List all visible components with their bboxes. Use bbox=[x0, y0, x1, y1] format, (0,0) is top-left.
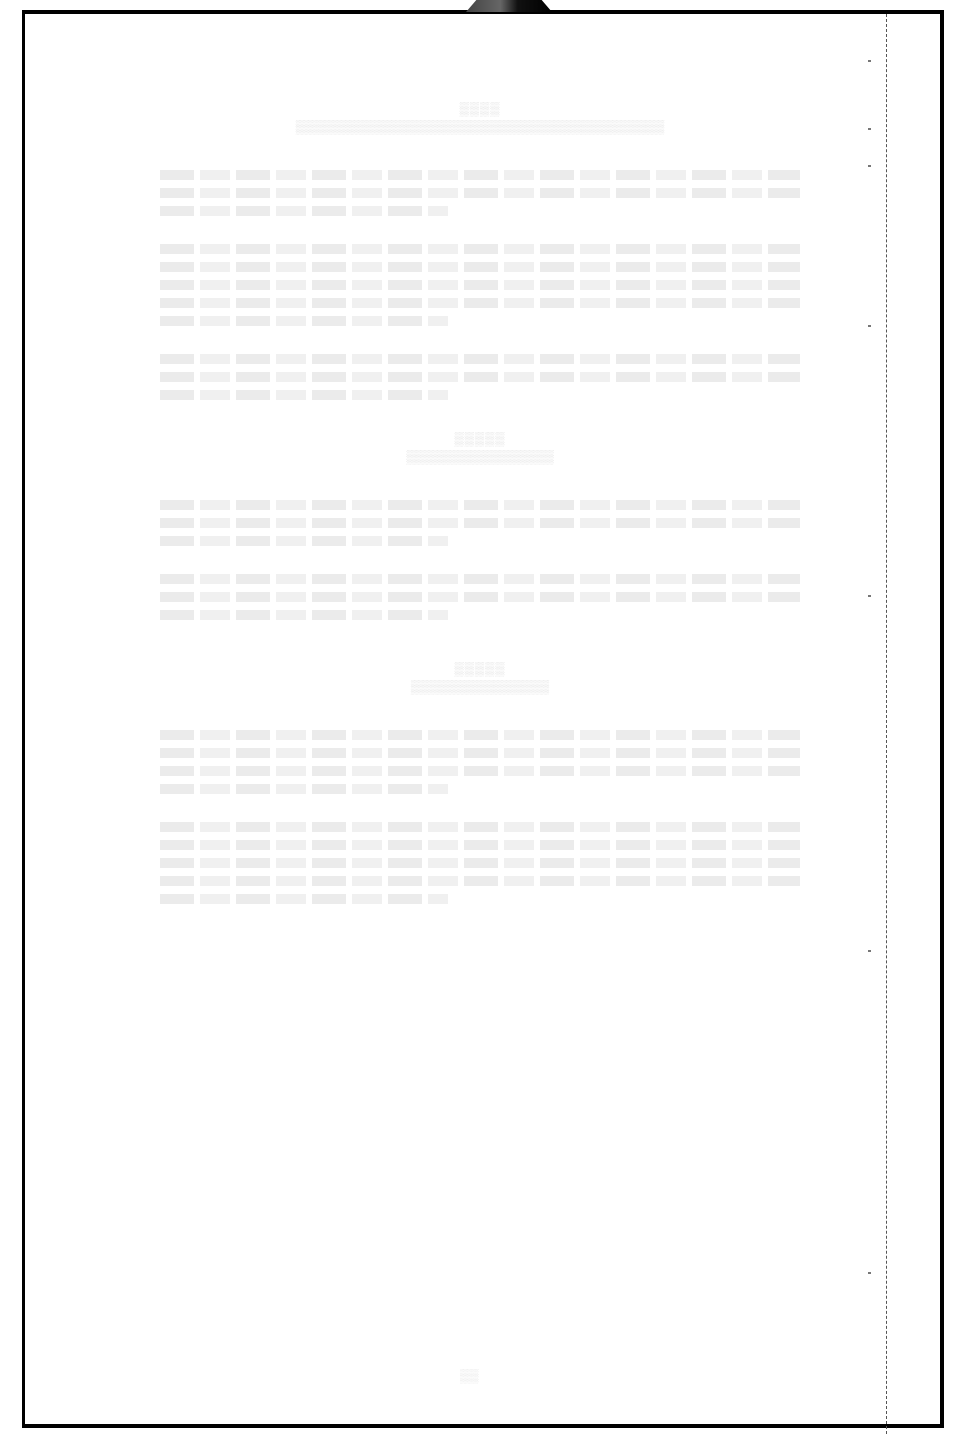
text-line bbox=[160, 188, 800, 198]
paragraph bbox=[160, 244, 800, 326]
margin-mark bbox=[868, 165, 871, 167]
margin-mark bbox=[868, 60, 871, 62]
paragraph bbox=[160, 500, 800, 546]
text-line bbox=[160, 840, 800, 850]
text-line bbox=[160, 206, 448, 216]
margin-mark bbox=[868, 950, 871, 952]
text-line bbox=[160, 536, 448, 546]
text-line bbox=[160, 262, 800, 272]
text-line bbox=[160, 372, 800, 382]
text-line bbox=[160, 354, 800, 364]
text-line bbox=[160, 500, 800, 510]
section-heading: ▒▒▒▒ bbox=[160, 100, 800, 118]
margin-dashed-line bbox=[886, 14, 887, 1434]
text-line bbox=[160, 894, 448, 904]
text-line bbox=[160, 822, 800, 832]
text-line bbox=[160, 170, 800, 180]
text-line bbox=[160, 244, 800, 254]
section-subheading: ▒▒▒▒▒▒▒▒▒▒▒▒▒▒▒▒▒▒▒▒▒▒▒▒▒▒▒▒▒▒▒▒▒▒▒▒▒▒▒▒ bbox=[160, 118, 800, 136]
text-line bbox=[160, 592, 800, 602]
scanner-notch bbox=[466, 0, 552, 12]
section-1: ▒▒▒▒▒▒▒▒▒▒▒▒▒▒▒▒▒▒▒▒▒▒▒▒▒▒▒▒▒▒▒▒▒▒▒▒▒▒▒▒… bbox=[160, 100, 800, 400]
section-2: ▒▒▒▒▒▒▒▒▒▒▒▒▒▒▒▒▒▒▒▒▒ bbox=[160, 430, 800, 620]
text-line bbox=[160, 316, 448, 326]
text-line bbox=[160, 748, 800, 758]
page-number: ▒▒ bbox=[460, 1368, 478, 1384]
section-subheading: ▒▒▒▒▒▒▒▒▒▒▒▒▒▒▒▒ bbox=[160, 448, 800, 466]
text-line bbox=[160, 574, 800, 584]
text-line bbox=[160, 766, 800, 776]
text-line bbox=[160, 298, 800, 308]
text-line bbox=[160, 280, 800, 290]
text-line bbox=[160, 730, 800, 740]
paragraph bbox=[160, 822, 800, 904]
section-heading: ▒▒▒▒▒ bbox=[160, 660, 800, 678]
paragraph bbox=[160, 354, 800, 400]
text-line bbox=[160, 390, 448, 400]
section-3: ▒▒▒▒▒▒▒▒▒▒▒▒▒▒▒▒▒▒▒▒ bbox=[160, 660, 800, 904]
document-body: ▒▒▒▒▒▒▒▒▒▒▒▒▒▒▒▒▒▒▒▒▒▒▒▒▒▒▒▒▒▒▒▒▒▒▒▒▒▒▒▒… bbox=[160, 90, 800, 932]
section-subheading: ▒▒▒▒▒▒▒▒▒▒▒▒▒▒▒ bbox=[160, 678, 800, 696]
text-line bbox=[160, 610, 448, 620]
text-line bbox=[160, 518, 800, 528]
text-line bbox=[160, 876, 800, 886]
margin-mark bbox=[868, 1272, 871, 1274]
paragraph bbox=[160, 574, 800, 620]
text-line bbox=[160, 858, 800, 868]
paragraph bbox=[160, 730, 800, 794]
margin-mark bbox=[868, 325, 871, 327]
margin-mark bbox=[868, 595, 871, 597]
section-heading: ▒▒▒▒▒ bbox=[160, 430, 800, 448]
margin-mark bbox=[868, 128, 871, 130]
text-line bbox=[160, 784, 448, 794]
paragraph bbox=[160, 170, 800, 216]
